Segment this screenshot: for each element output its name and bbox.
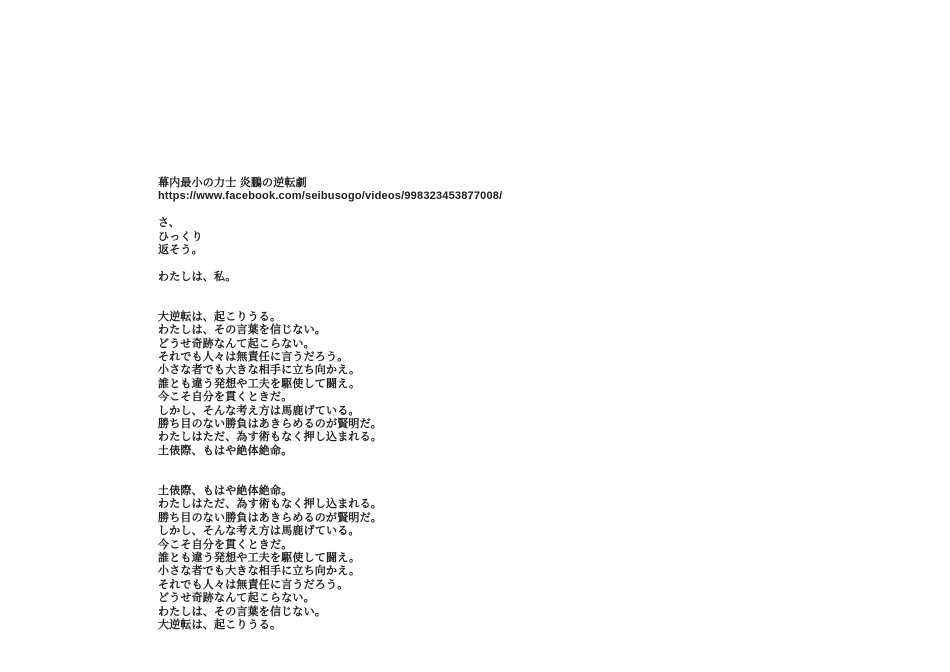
text-line: わたしは、その言葉を信じない。 <box>158 606 502 619</box>
document-page: 幕内最小の力士 炎鵬の逆転劇 https://www.facebook.com/… <box>0 0 950 672</box>
text-line: しかし、そんな考え方は馬鹿げている。 <box>158 405 502 418</box>
video-url-line: https://www.facebook.com/seibusogo/video… <box>158 190 502 203</box>
text-line: 誰とも違う発想や工夫を駆使して闘え。 <box>158 378 502 391</box>
blank-line <box>158 257 502 270</box>
text-line: わたしは、私。 <box>158 271 502 284</box>
text-line: ひっくり <box>158 231 502 244</box>
text-line: 今こそ自分を貫くときだ。 <box>158 391 502 404</box>
text-line: 勝ち目のない勝負はあきらめるのが賢明だ。 <box>158 418 502 431</box>
text-line: それでも人々は無責任に言うだろう。 <box>158 579 502 592</box>
text-line: わたしはただ、為す術もなく押し込まれる。 <box>158 498 502 511</box>
blank-line <box>158 458 502 471</box>
text-line: 返そう。 <box>158 244 502 257</box>
blank-line <box>158 298 502 311</box>
blank-line <box>158 284 502 297</box>
text-line: 小さな者でも大きな相手に立ち向かえ。 <box>158 364 502 377</box>
text-line: どうせ奇跡なんて起こらない。 <box>158 338 502 351</box>
text-line: 小さな者でも大きな相手に立ち向かえ。 <box>158 565 502 578</box>
text-line: 誰とも違う発想や工夫を駆使して闘え。 <box>158 552 502 565</box>
text-line: わたしはただ、為す術もなく押し込まれる。 <box>158 431 502 444</box>
blank-line <box>158 204 502 217</box>
text-line: さ、 <box>158 217 502 230</box>
text-line: 土俵際、もはや絶体絶命。 <box>158 485 502 498</box>
text-line: わたしは、その言葉を信じない。 <box>158 324 502 337</box>
document-text: 幕内最小の力士 炎鵬の逆転劇 https://www.facebook.com/… <box>158 177 502 632</box>
text-line: 土俵際、もはや絶体絶命。 <box>158 445 502 458</box>
text-line: 大逆転は、起こりうる。 <box>158 619 502 632</box>
text-line: しかし、そんな考え方は馬鹿げている。 <box>158 525 502 538</box>
text-line: 大逆転は、起こりうる。 <box>158 311 502 324</box>
blank-line <box>158 472 502 485</box>
text-line: それでも人々は無責任に言うだろう。 <box>158 351 502 364</box>
video-title-line: 幕内最小の力士 炎鵬の逆転劇 <box>158 177 502 190</box>
text-line: 今こそ自分を貫くときだ。 <box>158 539 502 552</box>
text-line: 勝ち目のない勝負はあきらめるのが賢明だ。 <box>158 512 502 525</box>
text-line: どうせ奇跡なんて起こらない。 <box>158 592 502 605</box>
